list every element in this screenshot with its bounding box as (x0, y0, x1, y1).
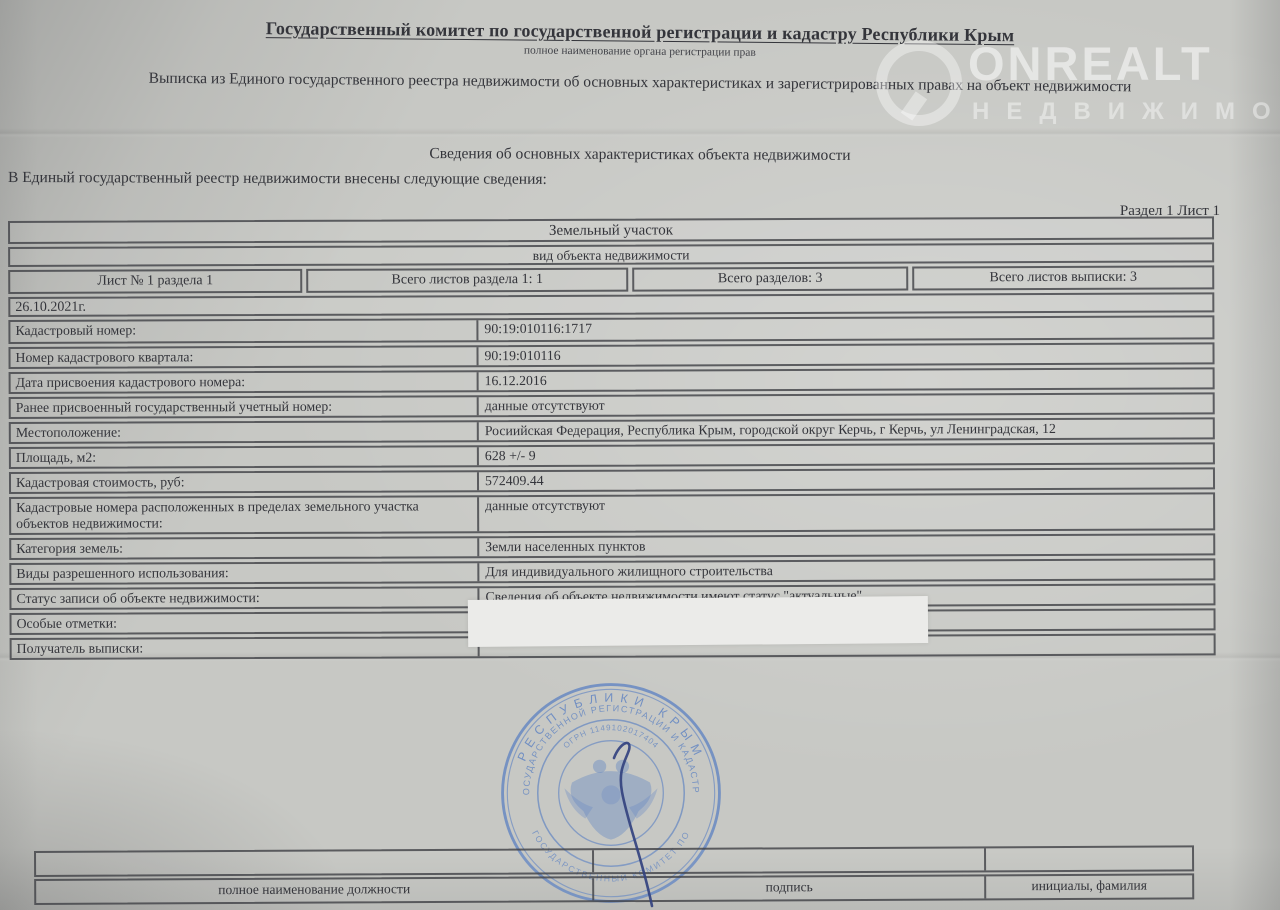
table-row: Кадастровые номера расположенных в преде… (9, 492, 1215, 535)
object-characteristics-table: Земельный участок вид объекта недвижимос… (8, 216, 1216, 663)
row-label: Кадастровые номера расположенных в преде… (11, 497, 479, 533)
row-label: Площадь, м2: (11, 447, 479, 467)
name-caption: инициалы, фамилия (986, 875, 1192, 898)
sheet-info-cell: Всего разделов: 3 (632, 267, 908, 292)
sheet-info-cell: Лист № 1 раздела 1 (8, 269, 302, 294)
table-row: Ранее присвоенный государственный учетны… (9, 392, 1215, 419)
row-value: данные отсутствуют (479, 494, 1213, 531)
signature-stroke (560, 720, 700, 910)
row-value: данные отсутствуют (479, 394, 1213, 415)
row-label: Кадастровая стоимость, руб: (11, 472, 479, 492)
position-caption: полное наименование должности (36, 878, 594, 903)
row-label: Категория земель: (11, 538, 479, 558)
paper-crease (0, 128, 1280, 138)
row-value: 16.12.2016 (479, 369, 1213, 390)
table-row: Кадастровый номер:90:19:010116:1717 (8, 315, 1214, 344)
row-label: Дата присвоения кадастрового номера: (11, 372, 479, 392)
row-value: 572409.44 (479, 469, 1213, 490)
document-photo: Государственный комитет по государственн… (0, 0, 1280, 910)
row-label: Особые отметки: (12, 613, 480, 633)
document-header: Государственный комитет по государственн… (0, 16, 1280, 64)
table-row: Номер кадастрового квартала:90:19:010116 (8, 342, 1214, 369)
row-value: 90:19:010116:1717 (478, 317, 1212, 340)
row-value: Земли населенных пунктов (479, 535, 1213, 556)
redaction-box (468, 596, 928, 647)
table-row: Местоположение:Росиийская Федерация, Рес… (9, 417, 1215, 444)
intro-line: В Единый государственный реестр недвижим… (8, 169, 547, 189)
table-row: Виды разрешенного использования:Для инди… (9, 558, 1215, 585)
row-label: Номер кадастрового квартала: (10, 347, 478, 367)
document-title: Выписка из Единого государственного реес… (0, 68, 1280, 97)
row-label: Местоположение: (11, 422, 479, 442)
row-label: Ранее присвоенный государственный учетны… (11, 397, 479, 417)
row-label: Статус записи об объекте недвижимости: (11, 588, 479, 608)
sheet-info-cell: Всего листов раздела 1: 1 (306, 268, 628, 293)
row-value: Для индивидуального жилищного строительс… (479, 560, 1213, 581)
table-row: Кадастровая стоимость, руб:572409.44 (9, 467, 1215, 494)
table-row: Категория земель:Земли населенных пункто… (9, 533, 1215, 560)
position-value-cell (36, 850, 594, 875)
watermark-subtitle: НЕДВИЖИМОСТЬ (972, 98, 1280, 126)
object-type: Земельный участок (8, 216, 1214, 244)
extract-date: 26.10.2021г. (8, 292, 1214, 317)
row-label: Виды разрешенного использования: (11, 563, 479, 583)
table-row: Дата присвоения кадастрового номера:16.1… (9, 367, 1215, 394)
table-row: Площадь, м2:628 +/- 9 (9, 442, 1215, 469)
row-value: 90:19:010116 (478, 344, 1212, 365)
row-value: Росиийская Федерация, Республика Крым, г… (479, 419, 1213, 440)
sheet-info-cell: Всего листов выписки: 3 (912, 265, 1214, 290)
name-value-cell (986, 847, 1192, 870)
object-type-caption: вид объекта недвижимости (8, 242, 1214, 267)
row-label: Получатель выписки: (12, 638, 480, 658)
sheet-info-row: Лист № 1 раздела 1 Всего листов раздела … (8, 265, 1214, 294)
section-title: Сведения об основных характеристиках объ… (0, 143, 1280, 167)
row-value: 628 +/- 9 (479, 444, 1213, 465)
row-label: Кадастровый номер: (10, 320, 478, 342)
